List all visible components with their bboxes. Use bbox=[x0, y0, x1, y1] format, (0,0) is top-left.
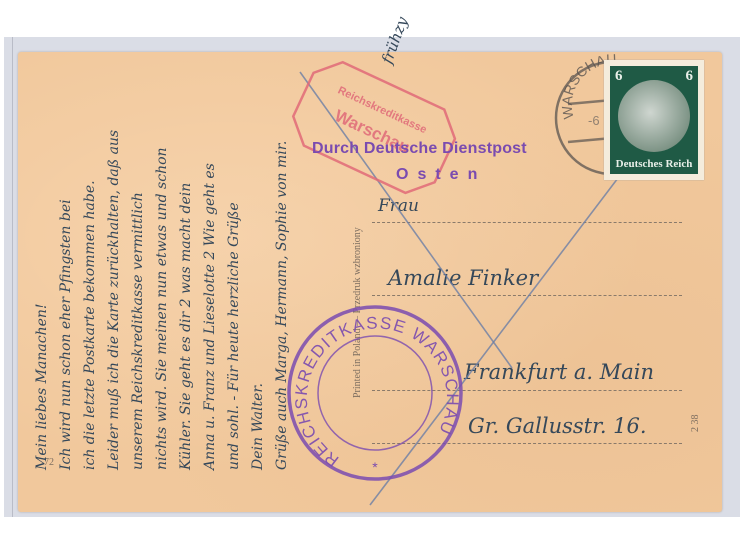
svg-text:REICHSKREDITKASSE WARSCHAU: REICHSKREDITKASSE WARSCHAU bbox=[292, 313, 462, 470]
svg-text:*: * bbox=[372, 459, 378, 475]
stamp-value-left: 6 bbox=[615, 68, 623, 85]
postage-stamp: 6 6 Deutsches Reich bbox=[604, 60, 704, 180]
dienstpost-cachet-line1: Durch Deutsche Dienstpost bbox=[312, 140, 527, 158]
stamp-design: 6 6 Deutsches Reich bbox=[610, 66, 698, 174]
cross-out-lines bbox=[300, 72, 618, 505]
round-seal: REICHSKREDITKASSE WARSCHAU * bbox=[289, 307, 462, 479]
svg-text:-6: -6 bbox=[588, 113, 600, 128]
dienstpost-cachet-line2: Osten bbox=[396, 166, 486, 184]
hindenburg-portrait-icon bbox=[618, 80, 690, 152]
stamp-inscription: Deutsches Reich bbox=[610, 158, 698, 170]
stamp-value-right: 6 bbox=[686, 68, 694, 85]
